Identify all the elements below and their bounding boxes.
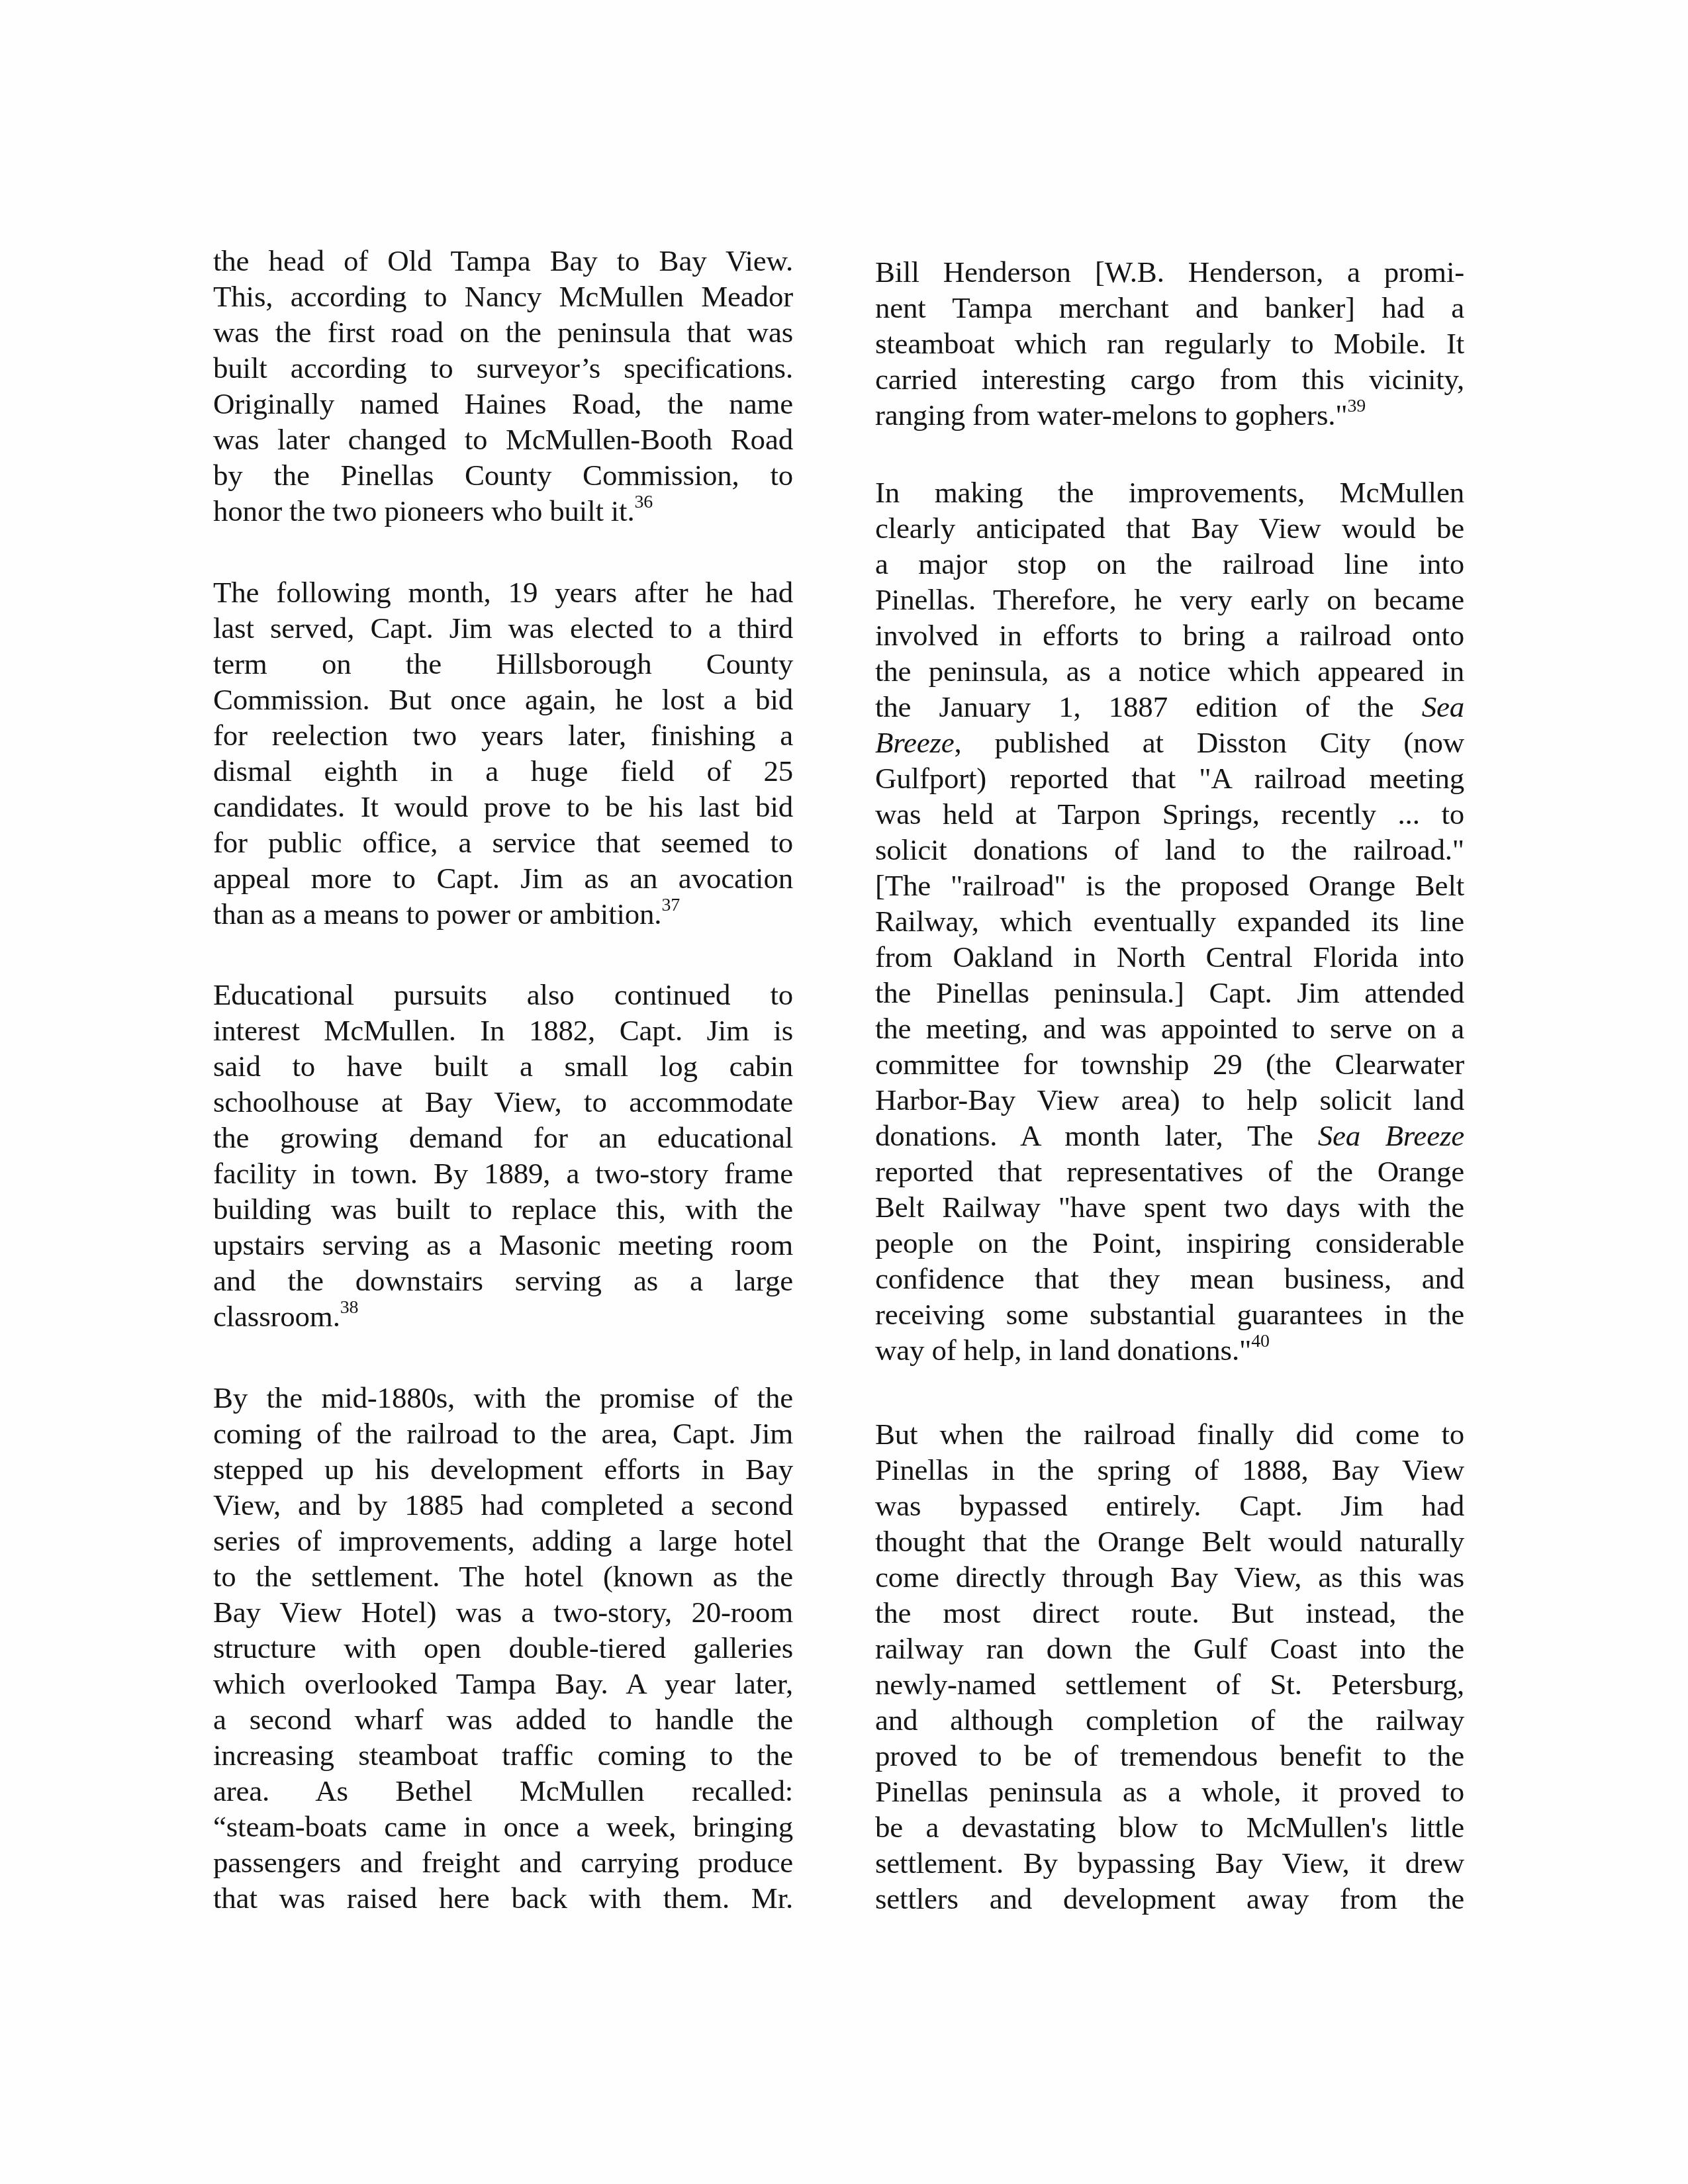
text-line: By the mid-1880s, with the promise of th… <box>213 1380 793 1416</box>
text-line: But when the railroad finally did come t… <box>875 1416 1464 1452</box>
text-line: dismal eighth in a huge field of 25 <box>213 753 793 789</box>
text-line: for public office, a service that seemed… <box>213 825 793 860</box>
text-line: confidence that they mean business, and <box>875 1261 1464 1297</box>
text-line: from Oakland in North Central Florida in… <box>875 939 1464 975</box>
text-line: structure with open double-tiered galler… <box>213 1630 793 1666</box>
text-line: schoolhouse at Bay View, to accommodate <box>213 1084 793 1120</box>
text-line: people on the Point, inspiring considera… <box>875 1225 1464 1261</box>
text-line: the most direct route. But instead, the <box>875 1595 1464 1631</box>
text-line: was bypassed entirely. Capt. Jim had <box>875 1488 1464 1524</box>
text-line: come directly through Bay View, as this … <box>875 1559 1464 1595</box>
italic-title: Sea Breeze <box>1318 1119 1464 1152</box>
text-line: passengers and freight and carrying prod… <box>213 1844 793 1880</box>
text-line: newly-named settlement of St. Petersburg… <box>875 1666 1464 1702</box>
text-line: classroom.38 <box>213 1298 793 1334</box>
text-line: donations. A month later, The Sea Breeze <box>875 1118 1464 1154</box>
footnote-marker: 36 <box>634 492 653 512</box>
text-line: interest McMullen. In 1882, Capt. Jim is <box>213 1013 793 1048</box>
footnote-marker: 39 <box>1347 396 1366 416</box>
text-line: Gulfport) reported that "A railroad meet… <box>875 760 1464 796</box>
document-page: the head of Old Tampa Bay to Bay View. T… <box>0 0 1688 2184</box>
text-line: which overlooked Tampa Bay. A year later… <box>213 1666 793 1702</box>
text-line: coming of the railroad to the area, Capt… <box>213 1416 793 1451</box>
text-line: built according to surveyor’s specificat… <box>213 350 793 386</box>
text-line: than as a means to power or ambition.37 <box>213 896 793 932</box>
text-line: series of improvements, adding a large h… <box>213 1523 793 1559</box>
text-line: steamboat which ran regularly to Mobile.… <box>875 326 1464 361</box>
text-line: Pinellas peninsula as a whole, it proved… <box>875 1774 1464 1809</box>
text-line: Harbor-Bay View area) to help solicit la… <box>875 1082 1464 1118</box>
text-line: Bill Henderson [W.B. Henderson, a promi- <box>875 254 1464 290</box>
text-line: for reelection two years later, finishin… <box>213 717 793 753</box>
text-line: be a devastating blow to McMullen's litt… <box>875 1809 1464 1845</box>
text-line: Educational pursuits also continued to <box>213 977 793 1013</box>
text-line: thought that the Orange Belt would natur… <box>875 1524 1464 1559</box>
text-line: honor the two pioneers who built it.36 <box>213 493 793 529</box>
text-line: Bay View Hotel) was a two-story, 20-room <box>213 1594 793 1630</box>
text-line: the peninsula, as a notice which appeare… <box>875 653 1464 689</box>
text-line: [The "railroad" is the proposed Orange B… <box>875 868 1464 903</box>
text-line: settlement. By bypassing Bay View, it dr… <box>875 1845 1464 1881</box>
text-line: Breeze, published at Disston City (now <box>875 725 1464 760</box>
text-line: Pinellas in the spring of 1888, Bay View <box>875 1452 1464 1488</box>
text-line: by the Pinellas County Commission, to <box>213 457 793 493</box>
text-line: carried interesting cargo from this vici… <box>875 361 1464 397</box>
text-line: reported that representatives of the Ora… <box>875 1154 1464 1189</box>
text-line: the January 1, 1887 edition of the Sea <box>875 689 1464 725</box>
footnote-marker: 40 <box>1251 1331 1270 1351</box>
text-line: nent Tampa merchant and banker] had a <box>875 290 1464 326</box>
text-line: and the downstairs serving as a large <box>213 1263 793 1298</box>
text-line: appeal more to Capt. Jim as an avocation <box>213 860 793 896</box>
text-line: candidates. It would prove to be his las… <box>213 789 793 825</box>
text-line: This, according to Nancy McMullen Meador <box>213 279 793 314</box>
text-line: The following month, 19 years after he h… <box>213 574 793 610</box>
text-line: “steam-boats came in once a week, bringi… <box>213 1809 793 1844</box>
text-line: solicit donations of land to the railroa… <box>875 832 1464 868</box>
text-line: stepped up his development efforts in Ba… <box>213 1451 793 1487</box>
text-line: was later changed to McMullen-Booth Road <box>213 422 793 457</box>
text-line: the Pinellas peninsula.] Capt. Jim atten… <box>875 975 1464 1011</box>
text-line: building was built to replace this, with… <box>213 1191 793 1227</box>
text-line: Pinellas. Therefore, he very early on be… <box>875 582 1464 617</box>
text-line: said to have built a small log cabin <box>213 1048 793 1084</box>
text-line: clearly anticipated that Bay View would … <box>875 510 1464 546</box>
text-line: railway ran down the Gulf Coast into the <box>875 1631 1464 1666</box>
text-line: In making the improvements, McMullen <box>875 475 1464 510</box>
text-line: area. As Bethel McMullen recalled: <box>213 1773 793 1809</box>
text-line: was the first road on the peninsula that… <box>213 314 793 350</box>
text-line: to the settlement. The hotel (known as t… <box>213 1559 793 1594</box>
text-line: Railway, which eventually expanded its l… <box>875 903 1464 939</box>
text-line: was held at Tarpon Springs, recently ...… <box>875 796 1464 832</box>
text-line: and although completion of the railway <box>875 1702 1464 1738</box>
text-line: a second wharf was added to handle the <box>213 1702 793 1737</box>
text-line: proved to be of tremendous benefit to th… <box>875 1738 1464 1774</box>
text-line: Commission. But once again, he lost a bi… <box>213 682 793 717</box>
italic-title: Breeze <box>875 726 955 759</box>
text-line: the growing demand for an educational <box>213 1120 793 1156</box>
text-line: involved in efforts to bring a railroad … <box>875 617 1464 653</box>
footnote-marker: 38 <box>340 1297 359 1318</box>
text-line: term on the Hillsborough County <box>213 646 793 682</box>
text-line: the meeting, and was appointed to serve … <box>875 1011 1464 1046</box>
text-line: facility in town. By 1889, a two-story f… <box>213 1156 793 1191</box>
italic-title: Sea <box>1422 690 1464 723</box>
text-line: way of help, in land donations."40 <box>875 1332 1464 1368</box>
text-line: that was raised here back with them. Mr. <box>213 1880 793 1916</box>
text-line: a major stop on the railroad line into <box>875 546 1464 582</box>
text-line: View, and by 1885 had completed a second <box>213 1487 793 1523</box>
text-line: the head of Old Tampa Bay to Bay View. <box>213 243 793 279</box>
text-line: committee for township 29 (the Clearwate… <box>875 1046 1464 1082</box>
text-line: Originally named Haines Road, the name <box>213 386 793 422</box>
text-line: settlers and development away from the <box>875 1881 1464 1917</box>
text-line: receiving some substantial guarantees in… <box>875 1297 1464 1332</box>
text-line: upstairs serving as a Masonic meeting ro… <box>213 1227 793 1263</box>
text-line: Belt Railway "have spent two days with t… <box>875 1189 1464 1225</box>
text-line: increasing steamboat traffic coming to t… <box>213 1737 793 1773</box>
footnote-marker: 37 <box>661 895 680 915</box>
text-line: last served, Capt. Jim was elected to a … <box>213 610 793 646</box>
text-line: ranging from water-melons to gophers."39 <box>875 397 1464 433</box>
